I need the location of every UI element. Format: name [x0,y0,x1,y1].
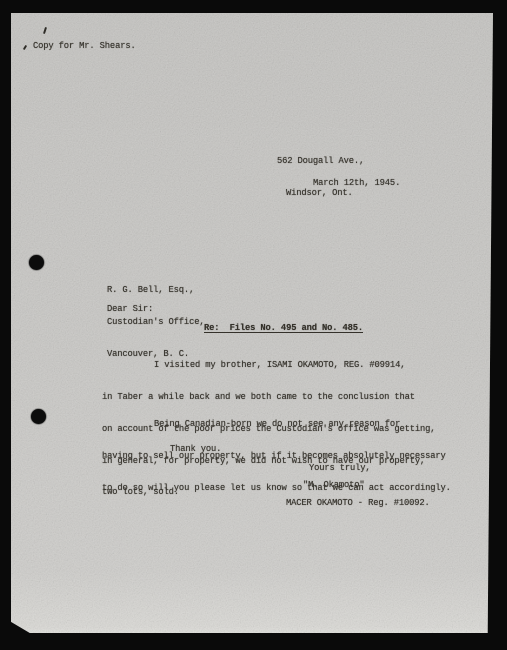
copy-annotation: Copy for Mr. Shears. [33,41,136,52]
salutation: Dear Sir: [107,304,153,315]
scanned-letter: Copy for Mr. Shears. 562 Dougall Ave., W… [0,0,507,650]
thank-you-line: Thank you. [170,444,221,455]
typed-signature: "M. Okamoto" [303,480,365,491]
subject-line: Re: Files No. 495 and No. 485. [204,323,363,334]
letter-page: Copy for Mr. Shears. 562 Dougall Ave., W… [11,13,493,633]
hole-punch-bottom [31,409,46,424]
sender-address-line: Windsor, Ont. [277,188,364,199]
hole-punch-top [29,255,44,270]
recipient-line: R. G. Bell, Esq., [107,285,204,296]
body-line: I visited my brother, ISAMI OKAMOTO, REG… [102,360,435,371]
body-line: to do so will you please let us know so … [102,483,451,494]
closing-line: Yours truly, [309,463,371,474]
signature-name-line: MACER OKAMOTO - Reg. #10092. [286,498,430,509]
sender-address-line: 562 Dougall Ave., [277,156,364,167]
handwritten-check-mark [23,45,27,50]
body-line: Being Canadian-born we do not see any re… [102,419,451,430]
body-line: having to sell our property, but if it b… [102,451,451,462]
recipient-line: Custodian's Office, [107,317,204,328]
date-line: March 12th, 1945. [313,178,400,189]
handwritten-stroke-mark [43,27,47,34]
